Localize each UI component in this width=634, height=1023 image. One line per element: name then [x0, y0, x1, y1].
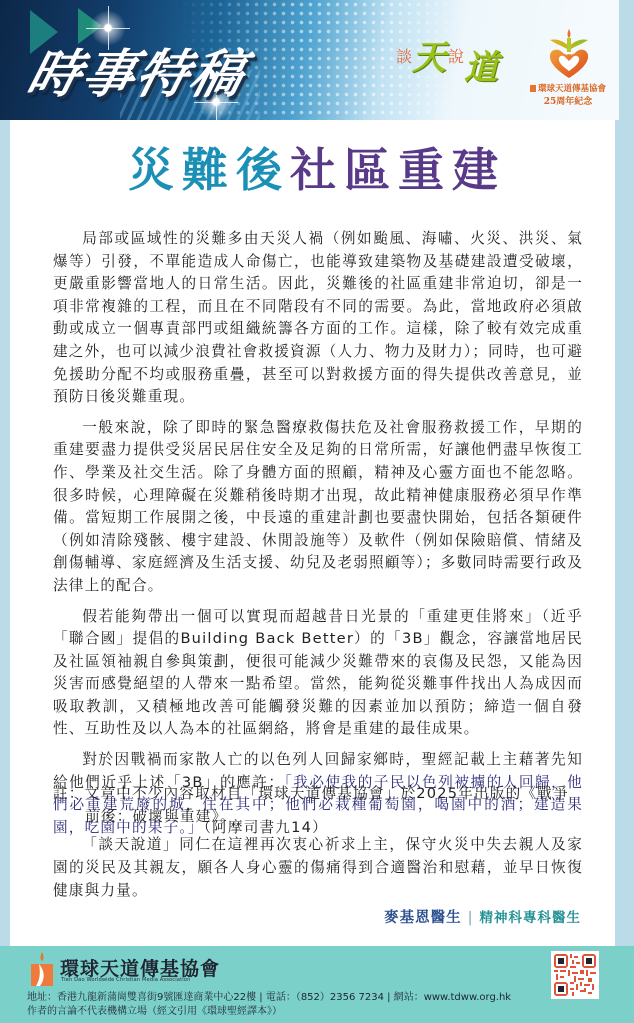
side-strip [0, 120, 10, 950]
article-title-part2: 社區重建 [290, 143, 506, 197]
anniversary-org-name: 環球天道傳基協會 [520, 82, 616, 94]
program-logo-char: 談 [396, 44, 412, 67]
footer-org-name-en: Tien Dao Worldwide Christian Media Assoc… [61, 977, 190, 983]
footer: 環球天道傳基協會 Tien Dao Worldwide Christian Me… [0, 946, 634, 1023]
header-banner: 時事特稿 談 天 說 道 環球天道傳基協會 25周年 [0, 0, 634, 120]
footer-contact: 地址：香港九龍新蒲崗雙喜街9號匯達商業中心22樓 | 電話：（852）2356 … [27, 988, 511, 1003]
author-byline: 麥基恩醫生|精神科專科醫生 [384, 906, 581, 927]
author-role: 精神科專科醫生 [480, 910, 582, 926]
closing-paragraph: 「談天說道」同仁在這裡再次衷心祈求上主，保守火災中失去親人及家園的災民及其親友，… [53, 833, 583, 902]
source-note: 註：文章中不少內容取材自「環球天道傳基協會」於2025年出版的《戰爭前後：破壞與… [53, 782, 583, 828]
candle-logo-icon [30, 952, 54, 986]
article-body: 局部或區域性的災難多由天災人禍（例如颱風、海嘯、火災、洪災、氣爆等）引發，不單能… [53, 228, 583, 847]
program-logo-char: 道 [464, 40, 498, 89]
program-logo-char: 天 [412, 30, 446, 79]
article-title: 災難後社區重建 [0, 140, 634, 200]
program-logo: 談 天 說 道 [390, 30, 510, 90]
anniversary-label: 25周年紀念 [520, 94, 616, 107]
heart-seedling-icon [546, 28, 592, 80]
qr-code-icon[interactable] [551, 951, 599, 999]
paragraph: 假若能夠帶出一個可以實現而超越昔日光景的「重建更佳將來」（近乎「聯合國」提倡的B… [53, 606, 583, 742]
paragraph: 一般來說，除了即時的緊急醫療救傷扶危及社會服務救援工作，早期的重建要盡力提供受災… [53, 417, 583, 598]
paragraph: 局部或區域性的災難多由天災人禍（例如颱風、海嘯、火災、洪災、氣爆等）引發，不單能… [53, 228, 583, 409]
article-title-part1: 災難後 [128, 143, 290, 197]
section-title: 時事特稿 [21, 32, 256, 107]
author-name: 麥基恩醫生 [384, 910, 462, 926]
program-logo-char: 說 [448, 44, 464, 67]
org-mark-icon [530, 85, 536, 92]
side-strip [615, 120, 634, 950]
anniversary-logo: 環球天道傳基協會 25周年紀念 [520, 28, 616, 108]
footer-disclaimer: 作者的言論不代表機構立場（經文引用《環球聖經譯本》） [27, 1002, 282, 1017]
side-strip [619, 0, 634, 120]
byline-separator: | [468, 910, 474, 926]
